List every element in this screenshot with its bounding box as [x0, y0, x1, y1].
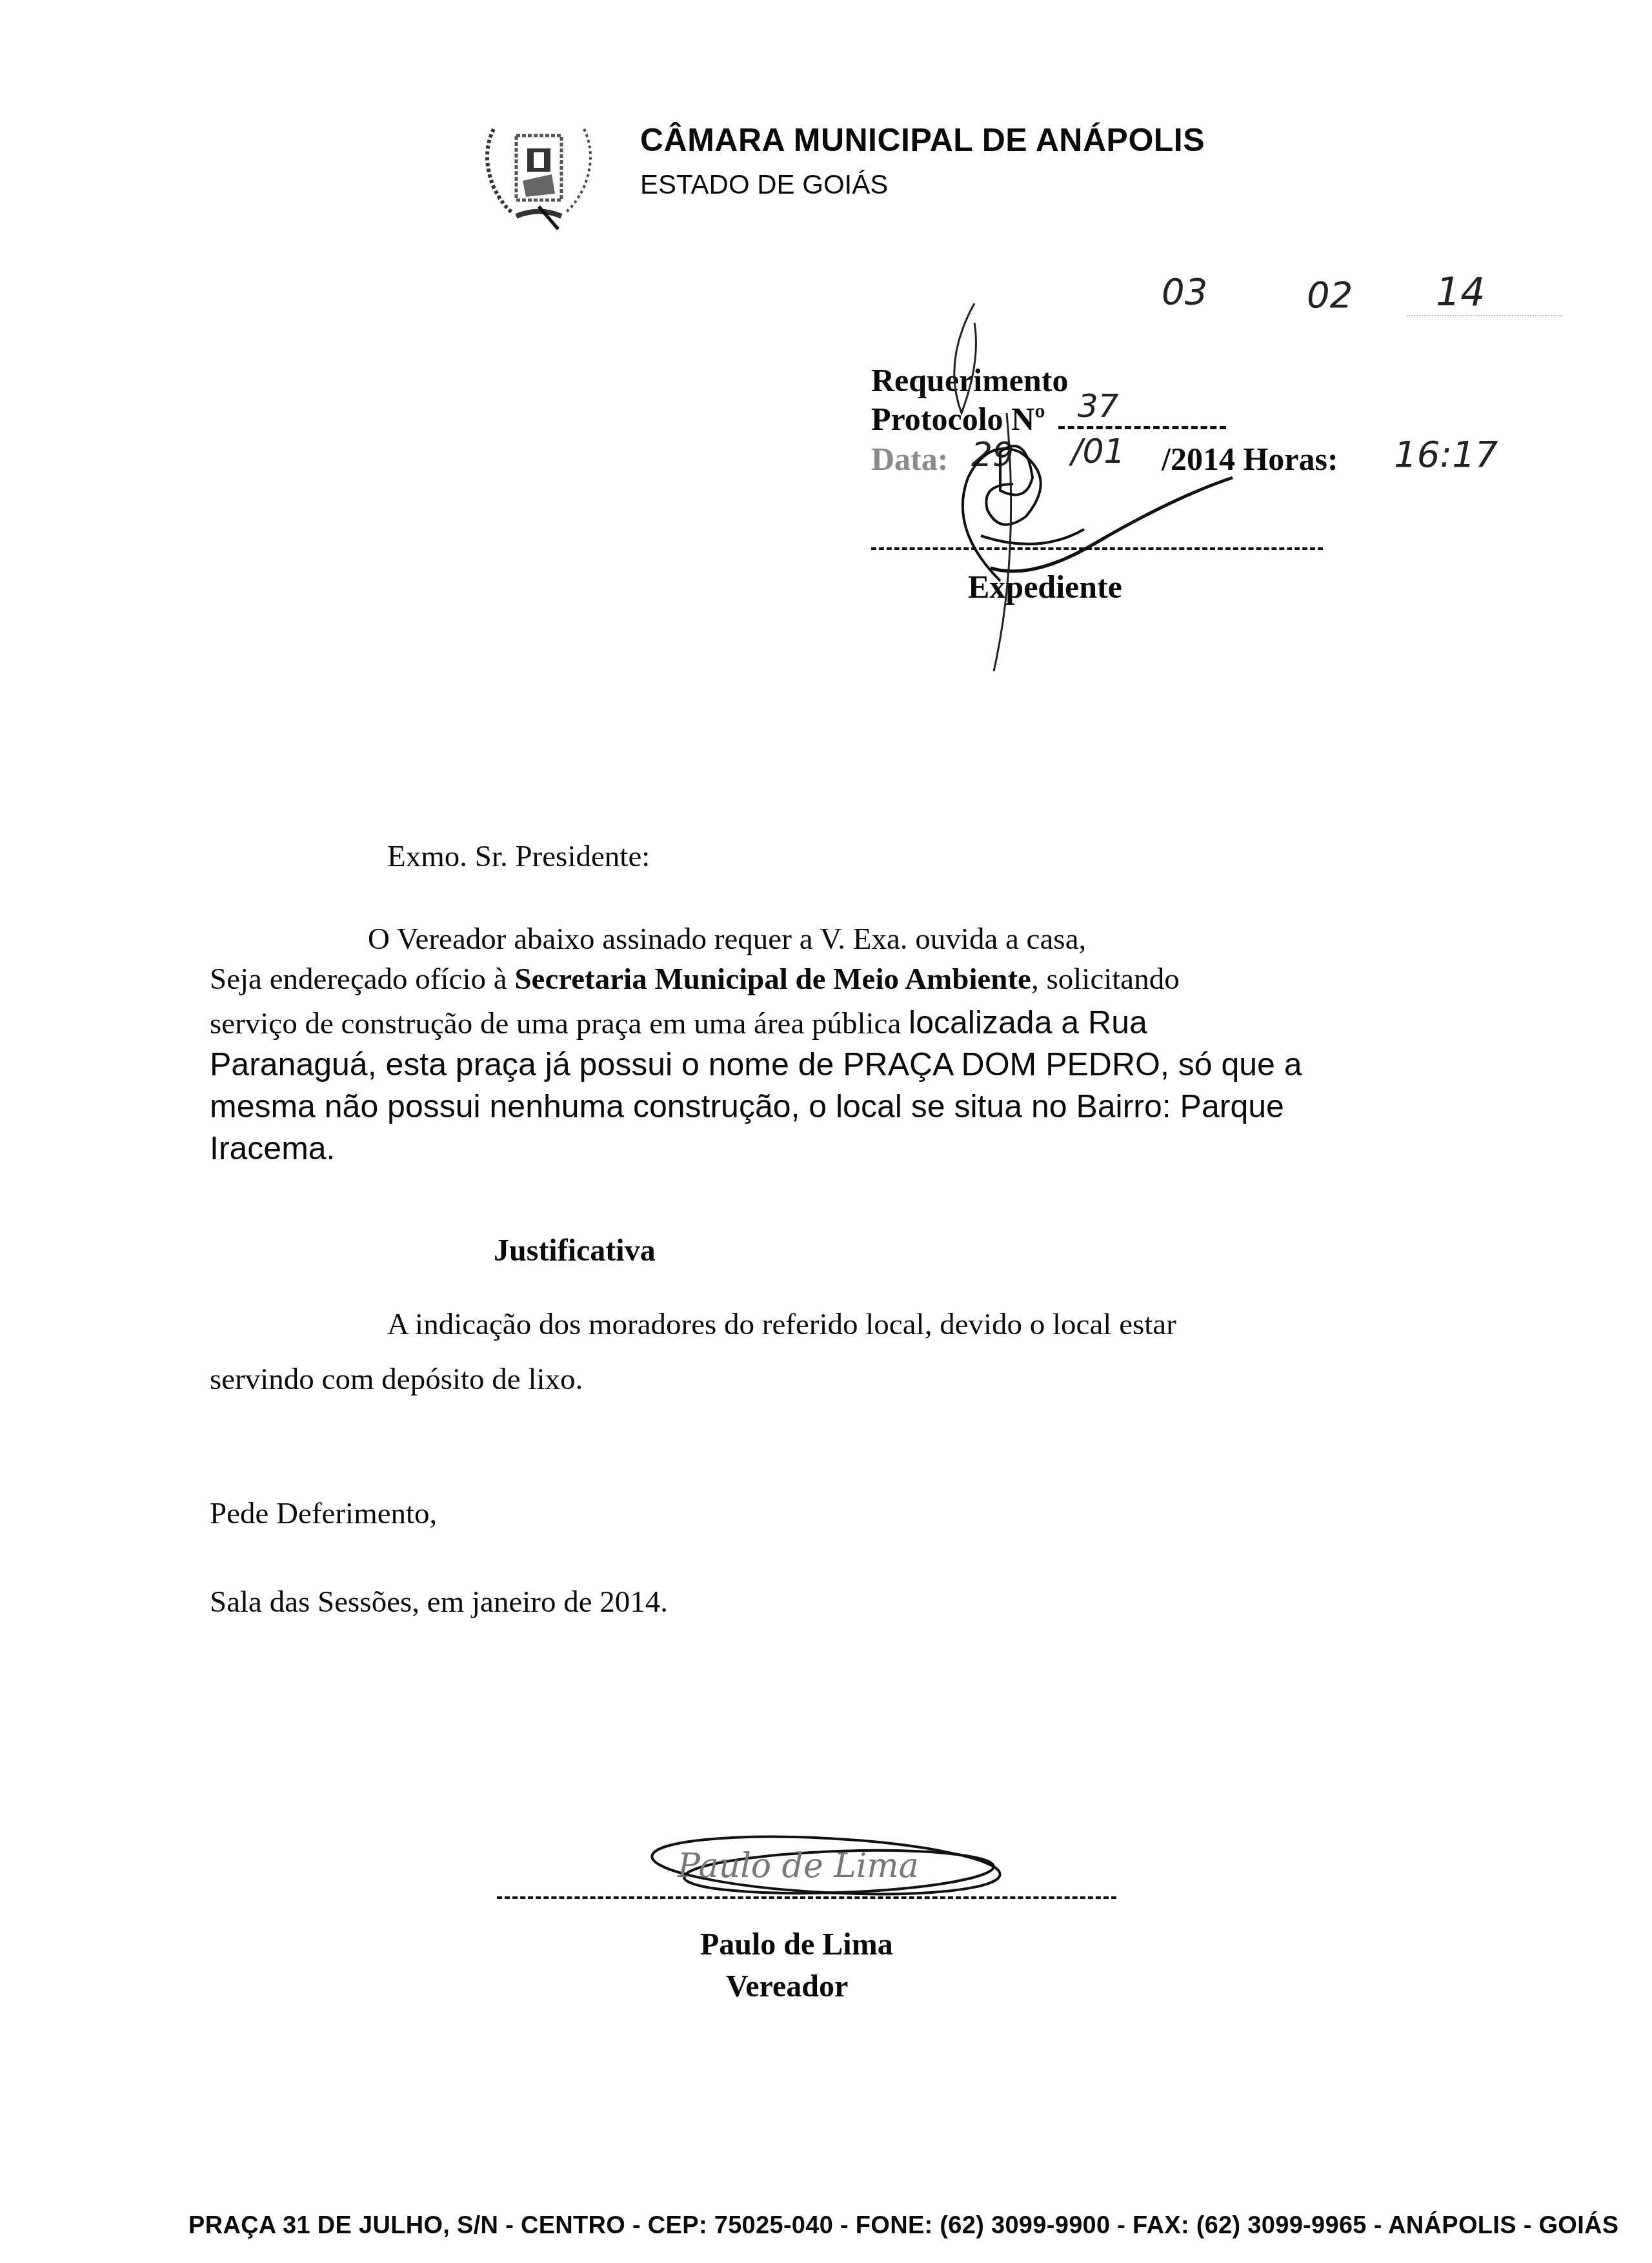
footer-address: PRAÇA 31 DE JULHO, S/N - CENTRO - CEP: 7…: [188, 2212, 1618, 2240]
justification-title: Justificativa: [494, 1233, 656, 1268]
place-and-date: Sala das Sessões, em janeiro de 2014.: [210, 1585, 668, 1619]
text-segment: , solicitando: [1031, 962, 1180, 996]
stamp-horas-value: 16:17: [1394, 434, 1498, 476]
signer-role: Vereador: [726, 1969, 848, 2004]
organization-name: CÂMARA MUNICIPAL DE ANÁPOLIS: [640, 121, 1205, 159]
signature-dashed-line: [497, 1896, 1116, 1899]
date-dotted-line: [1407, 315, 1562, 316]
secretaria-name: Secretaria Municipal de Meio Ambiente: [514, 962, 1031, 996]
justification-line: A indicação dos moradores do referido lo…: [387, 1307, 1176, 1342]
svg-text:Paulo de Lima: Paulo de Lima: [677, 1847, 919, 1885]
request-paragraph-line: Paranaguá, esta praça já possui o nome d…: [210, 1046, 1302, 1083]
text-segment: localizada a Rua: [909, 1004, 1147, 1040]
salutation: Exmo. Sr. Presidente:: [387, 839, 650, 874]
organization-state: ESTADO DE GOIÁS: [640, 169, 888, 200]
coat-of-arms-icon: [474, 110, 603, 232]
request-paragraph-line: Seja endereçado ofício à Secretaria Muni…: [210, 962, 1180, 997]
request-paragraph-line: Iracema.: [210, 1130, 336, 1167]
request-paragraph-line: serviço de construção de uma praça em um…: [210, 1004, 1147, 1041]
signer-name: Paulo de Lima: [700, 1927, 893, 1962]
text-segment: Seja endereçado ofício à: [210, 962, 514, 996]
closing-line: Pede Deferimento,: [210, 1496, 437, 1531]
request-paragraph-line: O Vereador abaixo assinado requer a V. E…: [368, 922, 1086, 957]
text-segment: serviço de construção de uma praça em um…: [210, 1007, 909, 1040]
handwritten-date-year: 14: [1436, 270, 1485, 315]
stamp-rubric-signature: [929, 284, 1381, 684]
justification-line: servindo com depósito de lixo.: [210, 1362, 583, 1397]
request-paragraph-line: mesma não possui nenhuma construção, o l…: [210, 1088, 1284, 1125]
